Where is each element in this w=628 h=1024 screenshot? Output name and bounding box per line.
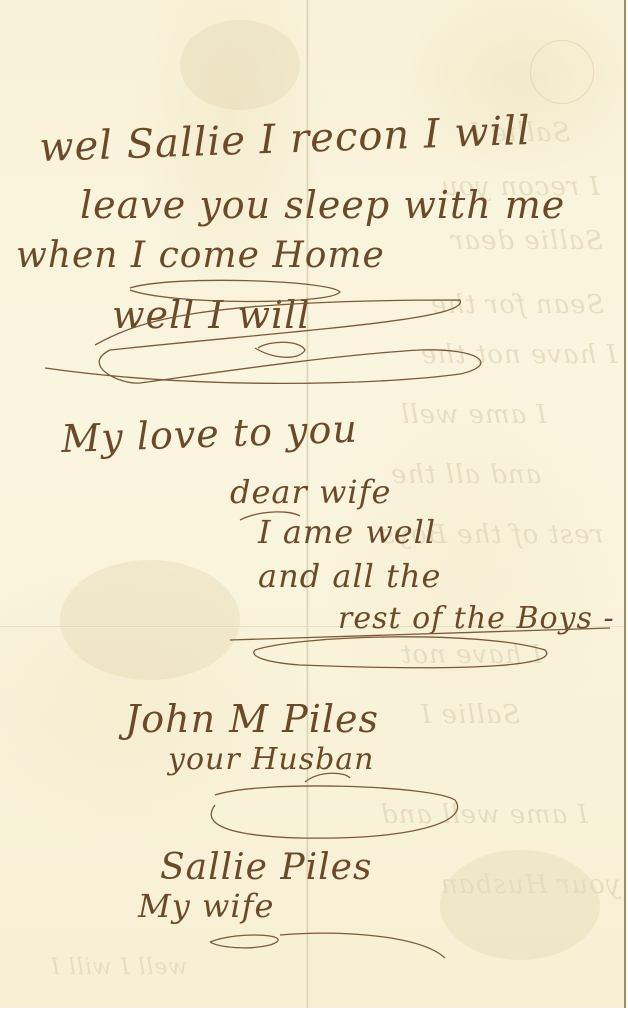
embossed-stamp-mark [530,40,594,104]
bleed-through-text: Sallie dear [450,226,603,256]
addressee-name: Sallie Piles [160,850,372,886]
letter-line: dear wife [230,476,391,508]
bleed-through-text: I have not the [420,340,617,370]
letter-line: and all the [258,560,441,592]
letter-line: rest of the Boys - [338,604,615,634]
letter-line: well I will [112,296,310,334]
paper-stain [60,560,240,680]
bleed-through-text: well I will I [50,955,187,980]
letter-line: wel Sallie I recon I will [39,111,532,168]
scan-margin [0,1008,628,1024]
addressee-title: My wife [138,890,274,922]
paper-stain [180,20,300,110]
signature-title: your Husban [168,745,375,775]
bleed-through-text: Sallie I [420,700,520,730]
bleed-through-text: I ame well and [380,800,588,830]
bleed-through-text: your Husban [440,870,620,900]
bleed-through-text: and all the [390,460,541,490]
flourish-small-loop [255,342,305,357]
letter-page: Sallie I I recon you Sallie dear Sean fo… [0,0,626,1008]
flourish-swash [210,933,445,958]
letter-line: when I come Home [16,238,385,274]
bleed-through-text: I ame well [400,400,547,430]
bleed-through-text: Sean for the [430,290,604,320]
signature-name: John M Piles [125,700,379,738]
letter-line: My love to you [61,410,359,458]
letter-line: leave you sleep with me [80,186,565,224]
bleed-through-text: I have not [400,640,542,670]
paper-stain [440,850,600,960]
letter-line: I ame well [258,516,436,548]
